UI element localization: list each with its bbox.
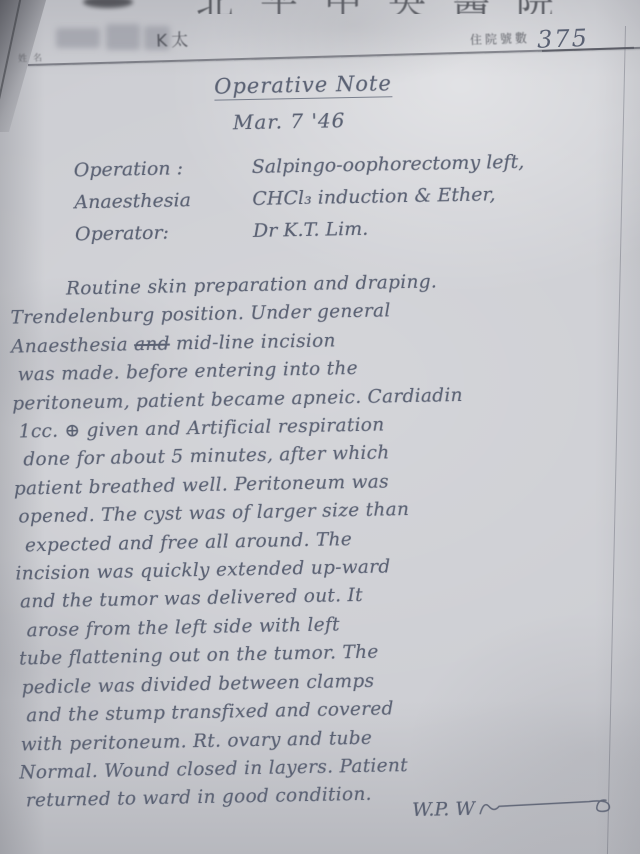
field-operation-value: Salpingo-oophorectomy left, bbox=[252, 151, 525, 188]
body-lines: Routine skin preparation and draping.Tre… bbox=[4, 264, 640, 816]
field-anaesthesia-value: CHCl₃ induction & Ether, bbox=[252, 183, 496, 220]
document-photo: 北平中央醫院 K太 姓名 住院號數 375 Operative Note Mar… bbox=[0, 0, 640, 854]
note-fields: Operation : Salpingo-oophorectomy left, … bbox=[2, 148, 640, 256]
hospital-title-cropped: 北平中央醫院 bbox=[196, 0, 616, 14]
admission-number-label: 住院號數 bbox=[470, 31, 530, 47]
top-edge-mark bbox=[83, 0, 133, 8]
redaction-blur bbox=[106, 24, 140, 50]
name-field-label: 姓名 bbox=[18, 50, 48, 64]
surgeon-signature: W.P. W bbox=[412, 793, 627, 823]
field-anaesthesia-label: Anaesthesia bbox=[74, 188, 253, 223]
operative-note: Operative Note Mar. 7 '46 Operation : Sa… bbox=[0, 66, 640, 816]
note-date: Mar. 7 '46 bbox=[233, 102, 640, 134]
hospital-title-text: 北平中央醫院 bbox=[196, 0, 616, 14]
redaction-blur bbox=[56, 28, 100, 48]
signature-initials: W.P. W bbox=[412, 798, 475, 821]
field-operator-label: Operator: bbox=[75, 220, 254, 255]
struck-word: and bbox=[134, 333, 170, 355]
field-operator-value: Dr K.T. Lim. bbox=[253, 218, 369, 252]
patient-name-masked: K太 bbox=[156, 25, 193, 51]
signature-flourish-icon bbox=[477, 793, 627, 822]
field-operation-label: Operation : bbox=[74, 156, 253, 191]
note-title: Operative Note bbox=[214, 71, 392, 100]
